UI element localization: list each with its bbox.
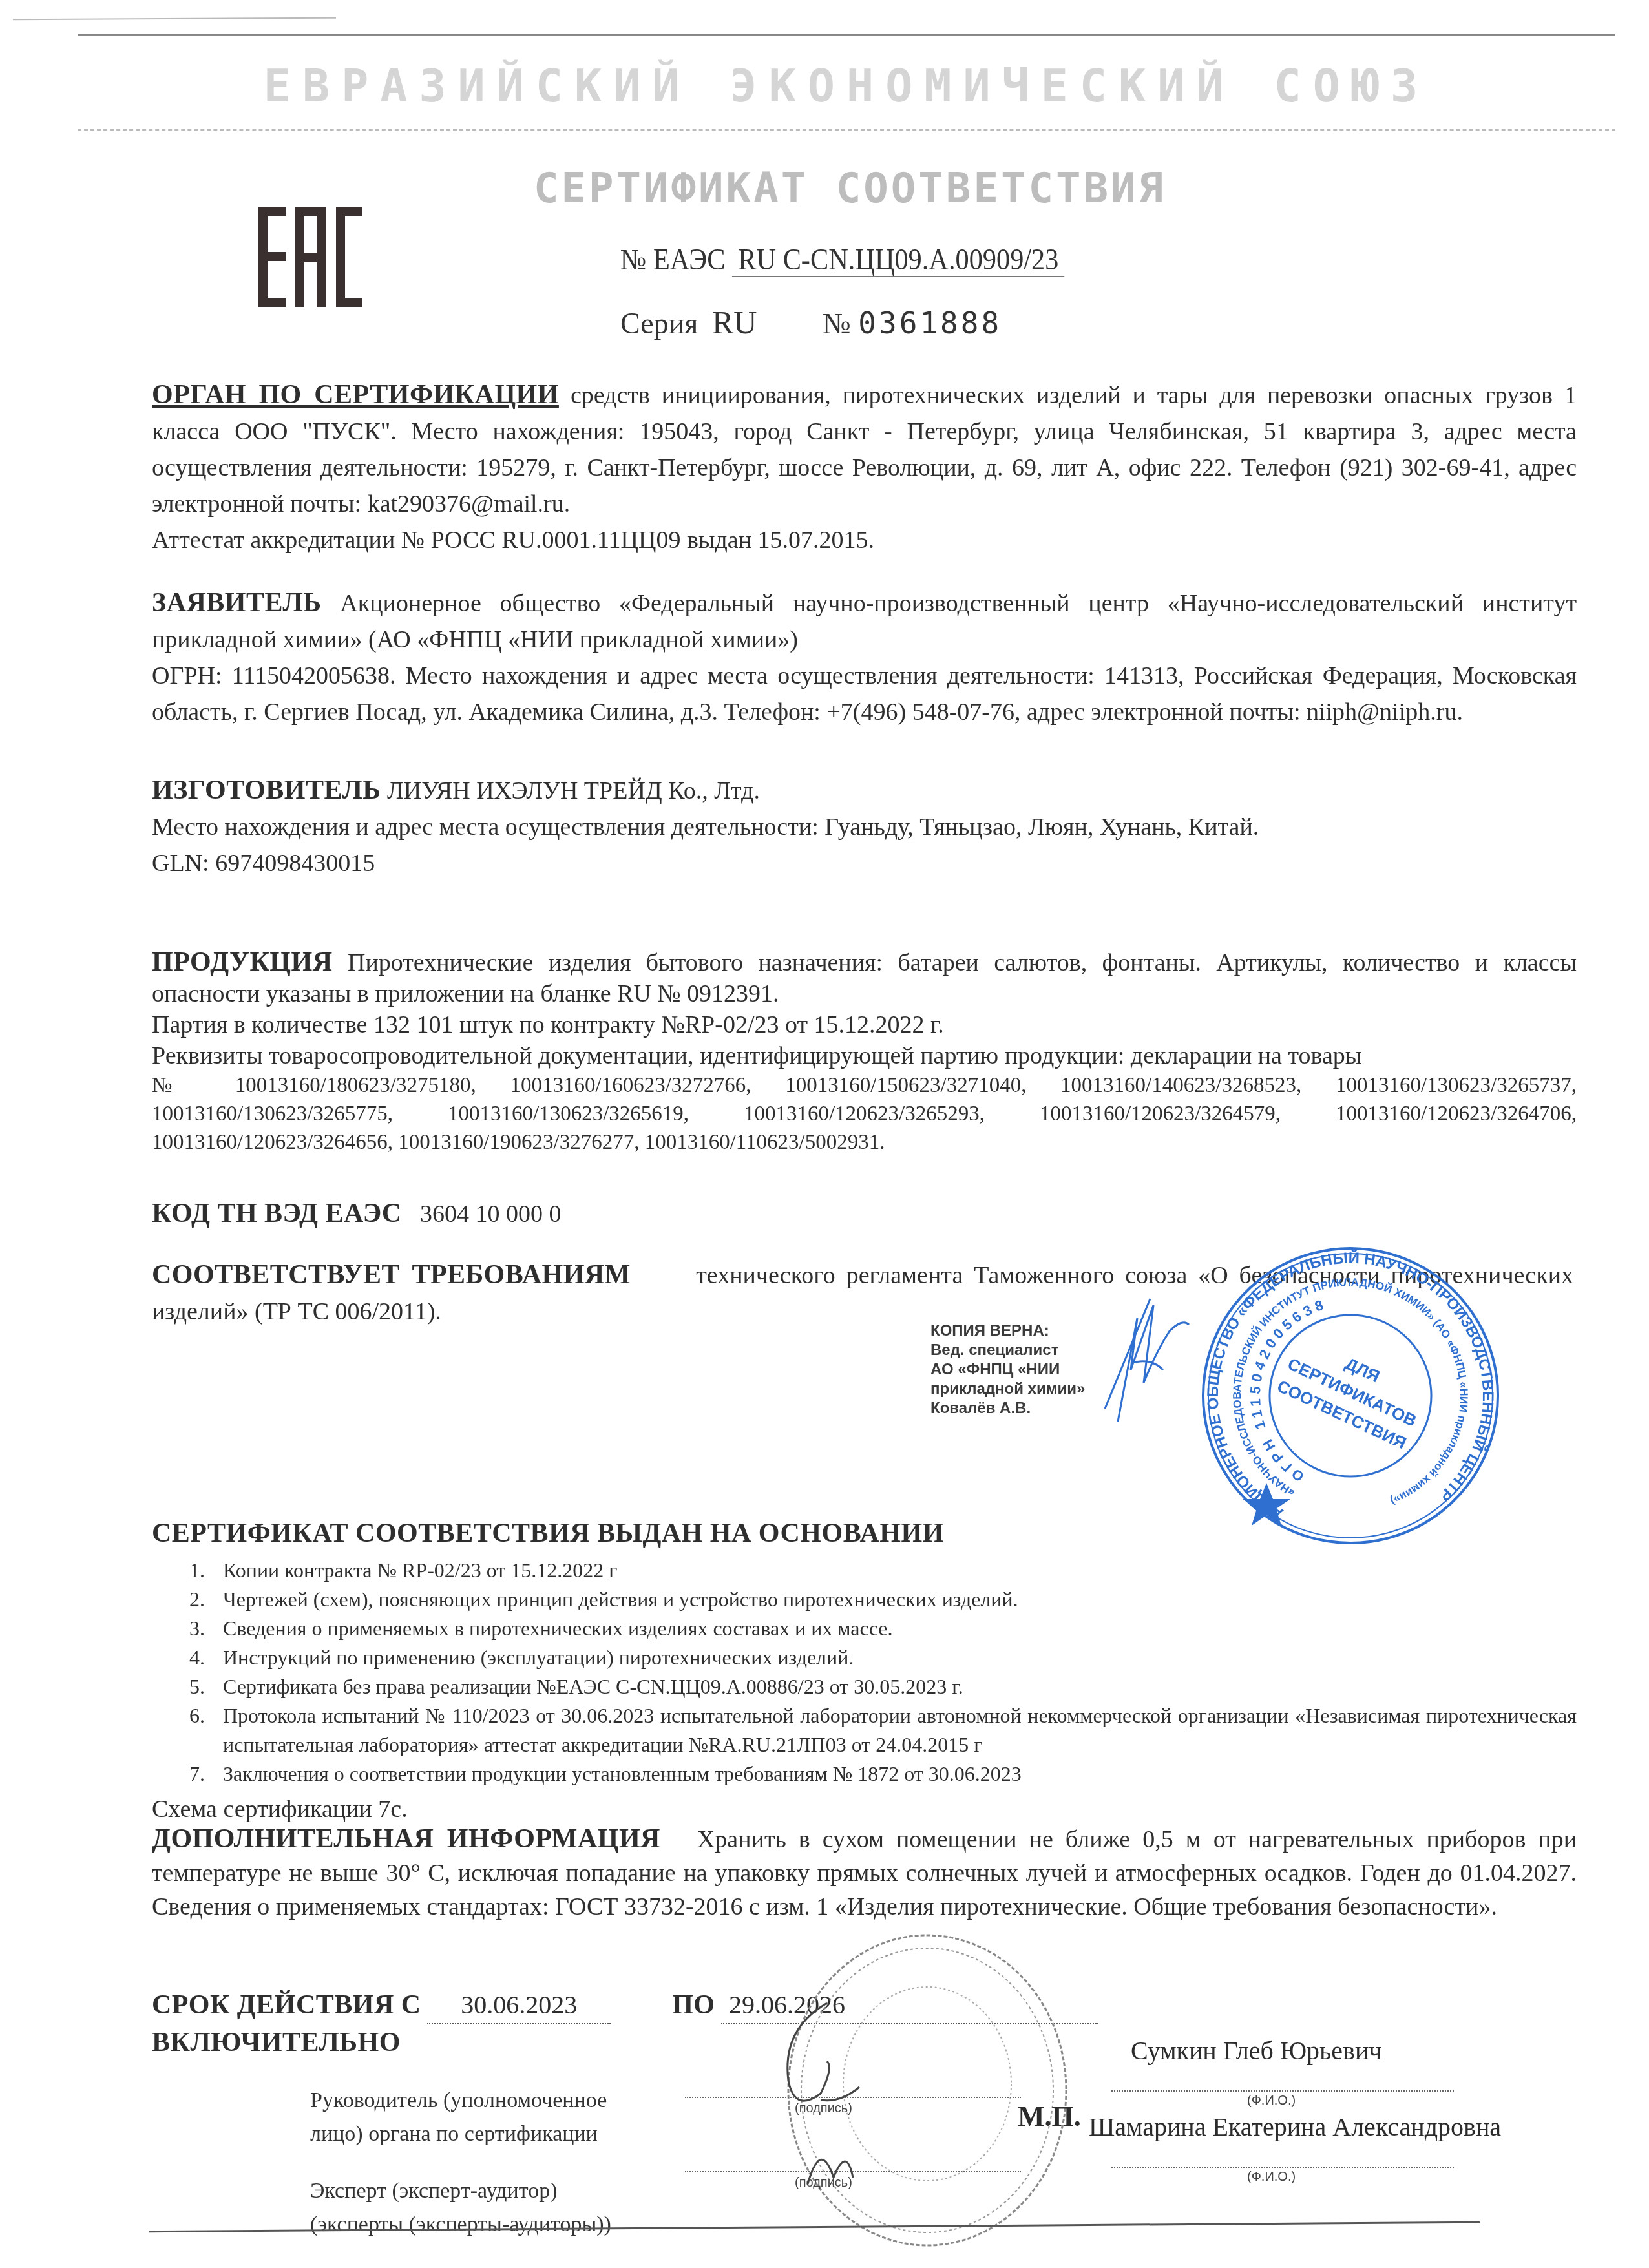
basis-heading: СЕРТИФИКАТ СООТВЕТСТВИЯ ВЫДАН НА ОСНОВАН… — [152, 1518, 944, 1548]
eac-logo-icon — [258, 207, 362, 307]
copy-certified-line: Вед. специалист — [930, 1341, 1085, 1360]
conformity-heading: СООТВЕТСТВУЕТ ТРЕБОВАНИЯМ — [152, 1260, 631, 1290]
expert-name-line — [1111, 2167, 1454, 2168]
product-heading: ПРОДУКЦИЯ — [152, 947, 333, 977]
copy-certified-line: прикладной химии» — [930, 1380, 1085, 1399]
product-declarations: № 10013160/180623/3275180, 10013160/1606… — [152, 1071, 1577, 1157]
certificate-title: СЕРТИФИКАТ СООТВЕТСТВИЯ — [478, 165, 1221, 213]
certificate-number: № ЕАЭС RU C-CN.ЦЦ09.А.00909/23 — [620, 242, 1065, 277]
tn-ved-heading: КОД ТН ВЭД ЕАЭС — [152, 1199, 402, 1228]
company-seal-stamp-icon: АКЦИОНЕРНОЕ ОБЩЕСТВО «ФЕДЕРАЛЬНЫЙ НАУЧНО… — [1199, 1244, 1502, 1548]
applicant-heading: ЗАЯВИТЕЛЬ — [152, 588, 322, 618]
copy-certified-line: КОПИЯ ВЕРНА: — [930, 1321, 1085, 1341]
manufacturer-heading: ИЗГОТОВИТЕЛЬ — [152, 775, 381, 805]
form-number-value: 0361888 — [858, 306, 1002, 341]
basis-item: Чертежей (схем), поясняющих принцип дейс… — [210, 1585, 1577, 1614]
basis-list: Копии контракта № RP-02/23 от 15.12.2022… — [152, 1556, 1577, 1789]
head-name-line — [1111, 2090, 1454, 2092]
product-section: ПРОДУКЦИЯ Пиротехнические изделия бытово… — [152, 947, 1577, 1157]
tn-ved-code: 3604 10 000 0 — [420, 1201, 562, 1228]
head-label: Руководитель (уполномоченное — [310, 2084, 611, 2117]
product-batch: Партия в количестве 132 101 штук по конт… — [152, 1009, 1577, 1040]
applicant-text: Акционерное общество «Федеральный научно… — [152, 590, 1577, 653]
top-border-line — [13, 17, 336, 21]
head-fio-caption: (Ф.И.О.) — [1247, 2094, 1296, 2108]
blue-signature-icon — [1092, 1292, 1195, 1428]
additional-info-section: ДОПОЛНИТЕЛЬНАЯ ИНФОРМАЦИЯ Хранить в сухо… — [152, 1822, 1577, 1924]
manufacturer-address: Место нахождения и адрес места осуществл… — [152, 809, 1577, 845]
copy-certified-line: Ковалёв А.В. — [930, 1399, 1085, 1418]
validity-from-label: СРОК ДЕЙСТВИЯ С — [152, 1990, 421, 2020]
banner-text: ЕВРАЗИЙСКИЙ ЭКОНОМИЧЕСКИЙ СОЮЗ — [78, 59, 1615, 112]
manufacturer-gln: GLN: 6974098430015 — [152, 845, 1577, 881]
certification-body-section: ОРГАН ПО СЕРТИФИКАЦИИ средств инициирова… — [152, 377, 1577, 558]
product-docs-intro: Реквизиты товаросопроводительной докумен… — [152, 1040, 1577, 1071]
copy-certified-line: АО «ФНПЦ «НИИ — [930, 1360, 1085, 1380]
expert-name: Шамарина Екатерина Александровна — [1089, 2112, 1501, 2142]
validity-to-label: ПО — [672, 1990, 715, 2020]
form-series: Серия RU № 0361888 — [620, 304, 1002, 341]
basis-item: Сертификата без права реализации №ЕАЭС C… — [210, 1672, 1577, 1701]
signatures-labels: Руководитель (уполномоченное лицо) орган… — [310, 2084, 611, 2242]
form-number-label: № — [823, 307, 851, 340]
certificate-number-label: № ЕАЭС — [620, 243, 725, 276]
copy-certified-note: КОПИЯ ВЕРНА: Вед. специалист АО «ФНПЦ «Н… — [930, 1321, 1085, 1418]
series-value: RU — [712, 304, 757, 341]
head-name: Сумкин Глеб Юрьевич — [1131, 2035, 1381, 2066]
manufacturer-name: ЛИУЯН ИХЭЛУН ТРЕЙД Ко., Лтд. — [387, 777, 760, 804]
product-text: Пиротехнические изделия бытового назначе… — [152, 949, 1577, 1007]
expert-label: Эксперт (эксперт-аудитор) — [310, 2174, 611, 2208]
handwritten-signature-icon — [756, 1990, 898, 2203]
form-banner: ЕВРАЗИЙСКИЙ ЭКОНОМИЧЕСКИЙ СОЮЗ — [78, 34, 1615, 131]
applicant-section: ЗАЯВИТЕЛЬ Акционерное общество «Федераль… — [152, 585, 1577, 730]
basis-item: Копии контракта № RP-02/23 от 15.12.2022… — [210, 1556, 1577, 1585]
expert-label: (эксперты (эксперты-аудиторы)) — [310, 2208, 611, 2242]
applicant-details: ОГРН: 1115042005638. Место нахождения и … — [152, 658, 1577, 730]
series-label: Серия — [620, 307, 698, 340]
basis-section: СЕРТИФИКАТ СООТВЕТСТВИЯ ВЫДАН НА ОСНОВАН… — [152, 1515, 1577, 1827]
tn-ved-section: КОД ТН ВЭД ЕАЭС 3604 10 000 0 — [152, 1195, 1577, 1232]
basis-item: Заключения о соответствии продукции уста… — [210, 1759, 1577, 1789]
expert-fio-caption: (Ф.И.О.) — [1247, 2170, 1296, 2185]
accreditation-text: Аттестат аккредитации № РОСС RU.0001.11Ц… — [152, 522, 1577, 558]
basis-item: Сведения о применяемых в пиротехнических… — [210, 1614, 1577, 1643]
basis-item: Протокола испытаний № 110/2023 от 30.06.… — [210, 1701, 1577, 1759]
validity-from-date: 30.06.2023 — [427, 1987, 611, 2024]
head-label: лицо) органа по сертификации — [310, 2117, 611, 2151]
basis-item: Инструкций по применению (эксплуатации) … — [210, 1643, 1577, 1672]
certification-body-heading: ОРГАН ПО СЕРТИФИКАЦИИ — [152, 380, 559, 410]
certificate-number-value: RU C-CN.ЦЦ09.А.00909/23 — [732, 243, 1065, 277]
additional-info-heading: ДОПОЛНИТЕЛЬНАЯ ИНФОРМАЦИЯ — [152, 1824, 660, 1854]
manufacturer-section: ИЗГОТОВИТЕЛЬ ЛИУЯН ИХЭЛУН ТРЕЙД Ко., Лтд… — [152, 772, 1577, 881]
seal-place-label: М.П. — [1018, 2100, 1081, 2133]
